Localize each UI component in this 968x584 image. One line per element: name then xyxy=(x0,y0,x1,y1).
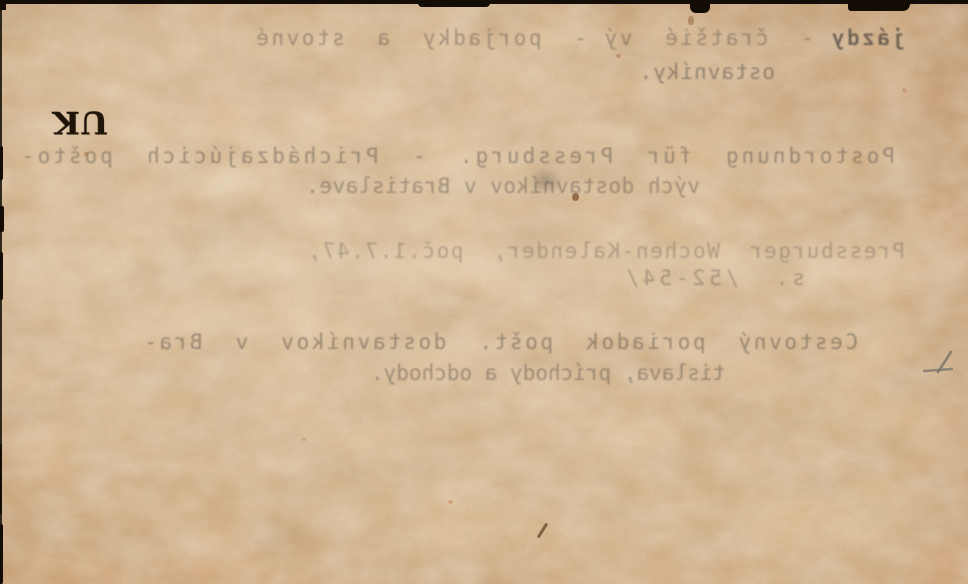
paper-speck xyxy=(84,152,88,156)
scan-edge-left-chip xyxy=(0,146,3,180)
paper-speck xyxy=(448,500,453,504)
ghost-typed-line: vých dostavníkov v Bratislave. xyxy=(306,174,700,198)
scan-edge-left-chip xyxy=(0,206,4,232)
scan-edge-left-chip xyxy=(0,524,3,584)
scan-edge-left-notch xyxy=(0,0,6,10)
paper-shading xyxy=(0,0,968,584)
paper-speck xyxy=(688,16,694,25)
scan-edge-left-chip xyxy=(0,444,2,514)
ghost-overstruck-word: jázdy xyxy=(829,26,905,50)
document-scan: jázdy - čratšié vý - porjadky a stovné j… xyxy=(0,0,968,584)
ghost-typed-line: s. /52-54/ xyxy=(622,266,805,290)
paper-grain-texture xyxy=(0,0,968,584)
ghost-typed-line: Cestovný poriadok pošt. dostavníkov v Br… xyxy=(142,330,858,354)
ink-smudge xyxy=(522,164,570,198)
paper-speck xyxy=(572,193,579,201)
bleed-through-text-layer: jázdy - čratšié vý - porjadky a stovné j… xyxy=(0,0,968,584)
paper-fiber xyxy=(537,522,549,538)
scan-edge-top-dip xyxy=(418,0,490,7)
ghost-typed-line: jázdy - čratšié vý - porjadky a stovné xyxy=(254,26,905,50)
paper-speck xyxy=(902,88,907,93)
paper-speck xyxy=(616,54,621,58)
library-stamp: UK xyxy=(48,98,108,140)
ghost-typed-line: Postordnung für Pressburg. - Prichádzajú… xyxy=(19,144,895,168)
paper-speck xyxy=(302,438,306,441)
scan-edge-left-chip xyxy=(0,252,3,300)
ghost-typed-line: Pressburger Wochen-Kalender, poč.1.7.47, xyxy=(307,239,905,263)
ghost-typed-line: ostavníky. xyxy=(639,60,775,84)
ghost-typed-line: tislava, príchody a odchody. xyxy=(371,361,725,385)
pencil-mark xyxy=(918,348,960,382)
scan-edge-top-notch xyxy=(690,0,710,13)
scan-edge-top-right xyxy=(900,0,968,4)
